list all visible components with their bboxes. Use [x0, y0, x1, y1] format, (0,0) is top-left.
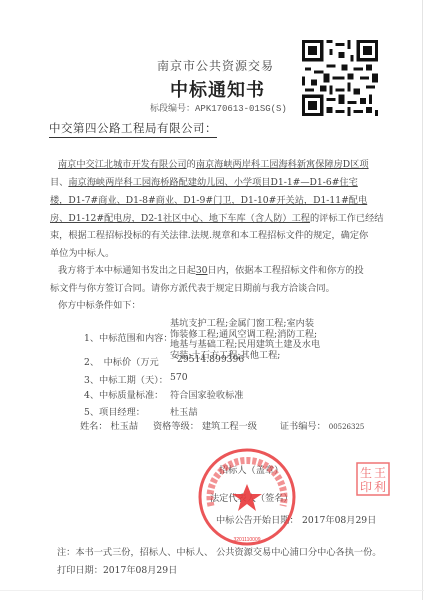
bid-section-code: 标段编号：APK170613-01SG(S)	[150, 101, 287, 114]
contract-days: 30	[196, 265, 208, 276]
manager-name: 杜玉喆	[110, 421, 138, 432]
contract-text: 我方将于本中标通知书发出之日起	[58, 265, 196, 276]
condition-label-manager: 5、项目经理：	[84, 404, 145, 418]
manager-details: 姓名： 杜玉喆 资格等级： 建筑工程一级 证书编号： 00526325	[80, 418, 364, 432]
bid-section-label: 标段编号：	[150, 104, 195, 114]
condition-label-quality: 4、中标质量标准：	[84, 387, 163, 401]
print-date-label: 打印日期：	[57, 565, 103, 576]
award-paragraph-line: 目、南京海峡两岸科工园海桥路配建幼儿园、小学项目D1-1#—D1-6#住宅	[50, 174, 358, 188]
manager-name-label: 姓名：	[80, 421, 108, 432]
contract-paragraph-line: 我方将于本中标通知书发出之日起30日内，依据本工程招标文件和你方的投	[58, 262, 364, 276]
manager-grade: 建筑工程一级	[202, 421, 257, 432]
condition-label-price: 2、 中标价（万元	[84, 354, 159, 368]
svg-text:生: 生	[360, 465, 372, 480]
contract-paragraph-line: 标文件与你方签订合同。请你方派代表于规定日期前与我方洽谈合同。	[50, 280, 335, 294]
svg-text:3201110009: 3201110009	[233, 537, 260, 543]
manager-grade-label: 资格等级：	[153, 421, 199, 432]
project-name-cont: 房、D1-12#配电房，D2-1社区中心、地下车库（含人防）工程	[50, 213, 310, 224]
svg-text:印: 印	[360, 480, 372, 494]
project-name-cont: 南京海峡两岸科工园海桥路配建幼儿园、小学项目D1-1#—D1-6#住宅	[68, 177, 357, 188]
award-paragraph-line: 单位为中标人。	[50, 245, 114, 259]
personal-seal-icon: 生王 印利	[356, 462, 390, 496]
recipient-company: 中交第四公路工程局有限公司：	[49, 120, 217, 138]
condition-label-scope: 1、中标范围和内容：	[84, 330, 173, 344]
award-paragraph-line: 房、D1-12#配电房，D2-1社区中心、地下车库（含人防）工程的评标工作已经结	[50, 210, 384, 224]
bid-section-value: APK170613-01SG(S)	[195, 104, 287, 114]
contract-text: 日内，依据本工程招标文件和你方的投	[208, 265, 364, 276]
award-paragraph-line: 南京中交江北城市开发有限公司的南京海峡两岸科工园海科新寓保障房D区项	[58, 156, 369, 170]
condition-value-price: 29514.899396	[177, 354, 244, 365]
qr-code-icon	[302, 40, 378, 116]
condition-value-manager: 杜玉喆	[170, 404, 198, 418]
manager-cert-label: 证书编号：	[280, 421, 326, 432]
svg-text:王: 王	[374, 466, 386, 480]
issuer-name: 南京市公共资源交易	[157, 57, 274, 74]
project-name-cont: 楼，D1-7#商业、D1-8#商业、D1-9#门卫，D1-10#开关站，D1-1…	[50, 192, 367, 206]
award-paragraph-line: 束，根据工程招标投标的有关法律.法规.规章和本工程招标文件的规定，确定你	[50, 227, 368, 241]
condition-value-quality: 符合国家验收标准	[170, 387, 244, 401]
condition-label-duration: 3、中标工期（天）：	[84, 372, 168, 386]
notice-document: 南京市公共资源交易 中标通知书 标段编号：APK170613-01SG(S) 中…	[0, 0, 424, 600]
publicity-date: 2017年08月29日	[302, 512, 376, 526]
svg-text:利: 利	[374, 479, 386, 494]
tenderer-name: 南京中交江北城市开发有限公司	[58, 159, 187, 170]
page-edge	[422, 0, 423, 600]
conditions-intro: 你方中标条件如下：	[58, 297, 141, 311]
print-date-value: 2017年08月29日	[103, 565, 177, 576]
company-stamp-icon: 3201110009	[193, 446, 301, 548]
page-edge-bottom	[0, 590, 424, 591]
award-text: 的评标工作已经结	[310, 213, 384, 224]
manager-cert: 00526325	[329, 423, 365, 431]
document-title: 中标通知书	[170, 76, 265, 102]
condition-value-duration: 570	[170, 372, 188, 383]
connector-text: 的	[187, 159, 196, 170]
project-name: 南京海峡两岸科工园海科新寓保障房D区项	[196, 159, 369, 170]
copies-note: 注：本书一式三份，招标人、中标人、 公共资源交易中心浦口分中心各执一份。	[57, 544, 381, 558]
connector-text: 目、	[50, 177, 68, 188]
print-date: 打印日期：2017年08月29日	[57, 562, 177, 576]
